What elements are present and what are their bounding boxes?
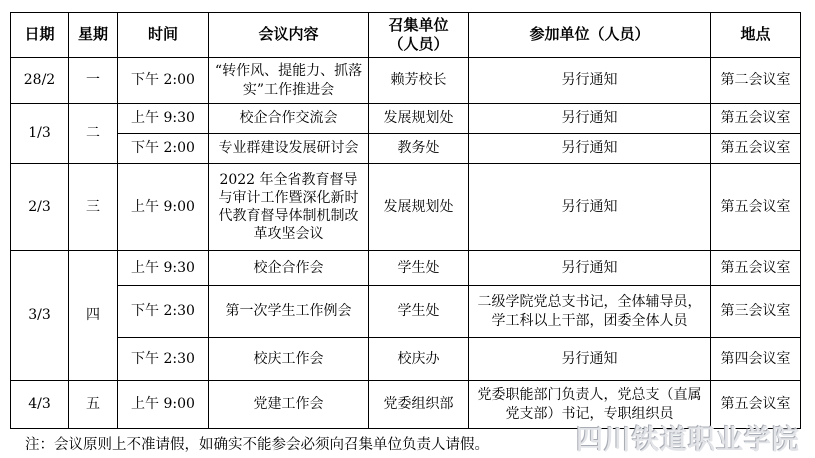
cell-time: 下午 2:30 [118, 286, 209, 338]
cell-convener: 发展规划处 [369, 104, 469, 134]
cell-date: 28/2 [11, 58, 69, 104]
cell-convener: 发展规划处 [369, 164, 469, 251]
cell-time: 下午 2:00 [118, 134, 209, 164]
cell-participants: 另行通知 [469, 58, 711, 104]
cell-time: 上午 9:00 [118, 164, 209, 251]
cell-date: 2/3 [11, 164, 69, 251]
footnote: 注：会议原则上不准请假，如确实不能参会必须向召集单位负责人请假。 [25, 433, 489, 454]
cell-time: 下午 2:00 [118, 58, 209, 104]
cell-weekday: 五 [69, 381, 118, 429]
cell-content: 校庆工作会 [209, 338, 369, 381]
col-header-date: 日期 [11, 13, 69, 58]
table-row: 3/3 四 上午 9:30 校企合作会 学生处 另行通知 第五会议室 [11, 251, 801, 286]
cell-content: 2022 年全省教育督导与审计工作暨深化新时代教育督导体制机制改革攻坚会议 [209, 164, 369, 251]
cell-convener: 教务处 [369, 134, 469, 164]
cell-participants: 二级学院党总支书记，全体辅导员，学工科以上干部，团委全体人员 [469, 286, 711, 338]
cell-weekday: 一 [69, 58, 118, 104]
cell-content: 党建工作会 [209, 381, 369, 429]
cell-location: 第四会议室 [711, 338, 801, 381]
cell-content: 校企合作会 [209, 251, 369, 286]
cell-location: 第五会议室 [711, 104, 801, 134]
cell-date: 3/3 [11, 251, 69, 381]
cell-weekday: 二 [69, 104, 118, 164]
meeting-schedule-page: 日期 星期 时间 会议内容 召集单位 （人员） 参加单位（人员） 地点 28/2… [0, 0, 815, 458]
cell-time: 上午 9:30 [118, 251, 209, 286]
cell-content: 专业群建设发展研讨会 [209, 134, 369, 164]
table-row: 28/2 一 下午 2:00 “转作风、提能力、抓落实”工作推进会 赖芳校长 另… [11, 58, 801, 104]
cell-participants: 另行通知 [469, 251, 711, 286]
cell-convener: 学生处 [369, 286, 469, 338]
cell-time: 上午 9:30 [118, 104, 209, 134]
cell-time: 下午 2:30 [118, 338, 209, 381]
cell-convener: 党委组织部 [369, 381, 469, 429]
cell-convener: 学生处 [369, 251, 469, 286]
cell-participants: 另行通知 [469, 104, 711, 134]
cell-weekday: 四 [69, 251, 118, 381]
cell-location: 第二会议室 [711, 58, 801, 104]
table-row: 下午 2:30 第一次学生工作例会 学生处 二级学院党总支书记，全体辅导员，学工… [11, 286, 801, 338]
table-row: 下午 2:00 专业群建设发展研讨会 教务处 另行通知 第五会议室 [11, 134, 801, 164]
cell-time: 上午 9:00 [118, 381, 209, 429]
col-header-weekday: 星期 [69, 13, 118, 58]
cell-content: 第一次学生工作例会 [209, 286, 369, 338]
cell-date: 4/3 [11, 381, 69, 429]
table-row: 2/3 三 上午 9:00 2022 年全省教育督导与审计工作暨深化新时代教育督… [11, 164, 801, 251]
meeting-schedule-table: 日期 星期 时间 会议内容 召集单位 （人员） 参加单位（人员） 地点 28/2… [10, 12, 801, 429]
cell-location: 第三会议室 [711, 286, 801, 338]
cell-participants: 另行通知 [469, 164, 711, 251]
cell-participants: 另行通知 [469, 338, 711, 381]
col-header-location: 地点 [711, 13, 801, 58]
cell-convener: 校庆办 [369, 338, 469, 381]
col-header-participants: 参加单位（人员） [469, 13, 711, 58]
cell-location: 第五会议室 [711, 251, 801, 286]
header-row: 日期 星期 时间 会议内容 召集单位 （人员） 参加单位（人员） 地点 [11, 13, 801, 58]
cell-content: 校企合作交流会 [209, 104, 369, 134]
cell-date: 1/3 [11, 104, 69, 164]
col-header-convener: 召集单位 （人员） [369, 13, 469, 58]
cell-participants: 另行通知 [469, 134, 711, 164]
col-header-content: 会议内容 [209, 13, 369, 58]
col-header-time: 时间 [118, 13, 209, 58]
cell-location: 第五会议室 [711, 164, 801, 251]
cell-location: 第五会议室 [711, 134, 801, 164]
school-watermark: 四川铁道职业学院 [576, 418, 800, 457]
table-row: 下午 2:30 校庆工作会 校庆办 另行通知 第四会议室 [11, 338, 801, 381]
table-row: 1/3 二 上午 9:30 校企合作交流会 发展规划处 另行通知 第五会议室 [11, 104, 801, 134]
cell-convener: 赖芳校长 [369, 58, 469, 104]
cell-weekday: 三 [69, 164, 118, 251]
cell-content: “转作风、提能力、抓落实”工作推进会 [209, 58, 369, 104]
